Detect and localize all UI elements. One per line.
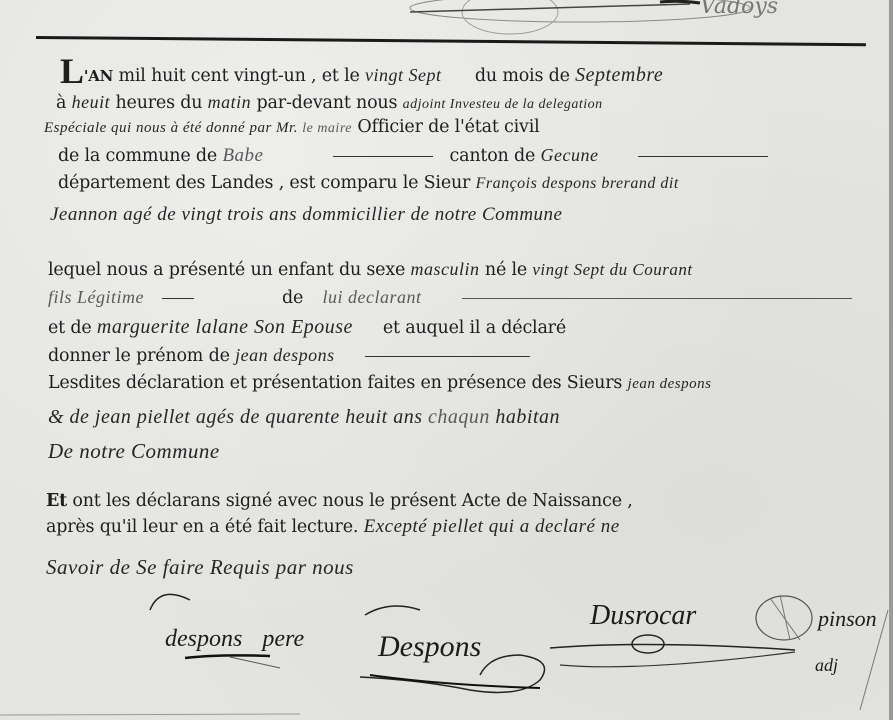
hand-sex: masculin	[411, 259, 480, 279]
line-4: de la commune de Babecanton de Gecune	[58, 144, 768, 167]
line-8: fils Légitimede lui declarant	[48, 286, 852, 309]
line-2: à heuit heures du matin par-devant nous …	[56, 91, 603, 116]
line-5: département des Landes , est comparu le …	[58, 172, 679, 195]
line-15: après qu'il leur en a été fait lecture. …	[46, 516, 620, 538]
line-7: lequel nous a présenté un enfant du sexe…	[48, 258, 693, 281]
hand-month: Septembre	[575, 64, 663, 86]
line-16: Savoir de Se faire Requis par nous	[46, 556, 354, 580]
drop-cap: L	[60, 51, 84, 91]
line-11: Lesdites déclaration et présentation fai…	[48, 372, 711, 395]
line-3: Espéciale qui nous à été donné par Mr. l…	[44, 116, 540, 140]
hand-official: adjoint Investeu de la delegation	[403, 97, 603, 112]
line-12: & de jean piellet agés de quarente heuit…	[48, 406, 560, 429]
hand-commune: Babe	[222, 145, 263, 166]
line-10: donner le prénom de jean despons	[48, 344, 530, 367]
line-1: L'AN mil huit cent vingt-un , et le ving…	[60, 56, 663, 87]
hand-day: vingt Sept	[365, 65, 441, 85]
hand-time: matin	[208, 92, 252, 112]
hand-birth-date: vingt Sept du Courant	[532, 260, 692, 279]
top-margin-note: Vadoys	[700, 0, 778, 19]
hand-mother: marguerite lalane Son Epouse	[97, 316, 353, 338]
signature-flourishes	[0, 580, 893, 720]
hand-canton: Gecune	[541, 145, 599, 165]
line-13: De notre Commune	[48, 440, 220, 464]
line-14: Et ont les déclarans signé avec nous le …	[46, 490, 633, 512]
line-9: et de marguerite lalane Son Epouseet auq…	[48, 316, 566, 339]
line-6: Jeannon agé de vingt trois ans dommicill…	[50, 204, 563, 226]
hand-father-name: François despons brerand dit	[476, 175, 679, 192]
hand-hour: heuit	[72, 92, 111, 112]
hand-child-name: jean despons	[235, 345, 335, 365]
